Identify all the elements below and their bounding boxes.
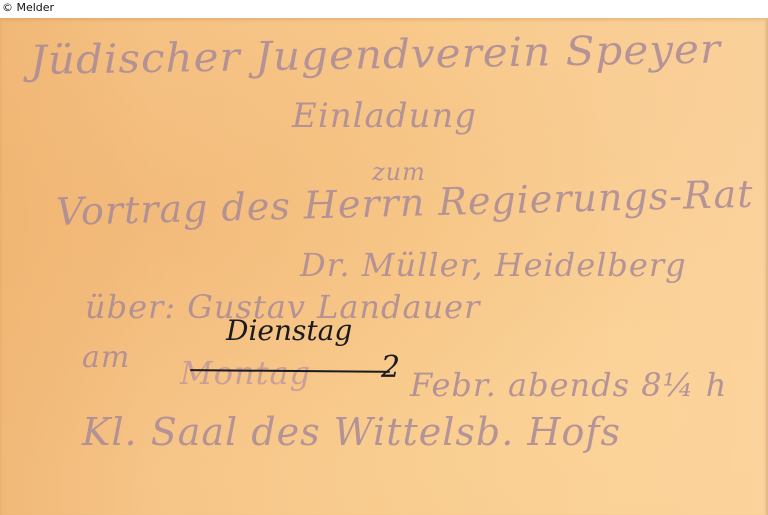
lecture-intro-line: Vortrag des Herrn Regierungs-Rat [55, 172, 754, 234]
invitation-card: Jüdischer Jugendverein Speyer Einladung … [0, 18, 768, 515]
venue-line: Kl. Saal des Wittelsb. Hofs [82, 410, 621, 454]
struck-day: Montag [180, 354, 311, 392]
speaker-line: Dr. Müller, Heidelberg [300, 246, 687, 284]
organization-line: Jüdischer Jugendverein Speyer [30, 27, 722, 84]
date-prefix: am [82, 340, 130, 375]
corrected-day-number: 2 [381, 350, 400, 385]
heading-line: Einladung [292, 96, 477, 136]
copyright-notice: © Melder [2, 1, 54, 15]
corrected-day: Dienstag [226, 314, 352, 347]
date-rest: Febr. abends 8¼ h [410, 366, 727, 404]
